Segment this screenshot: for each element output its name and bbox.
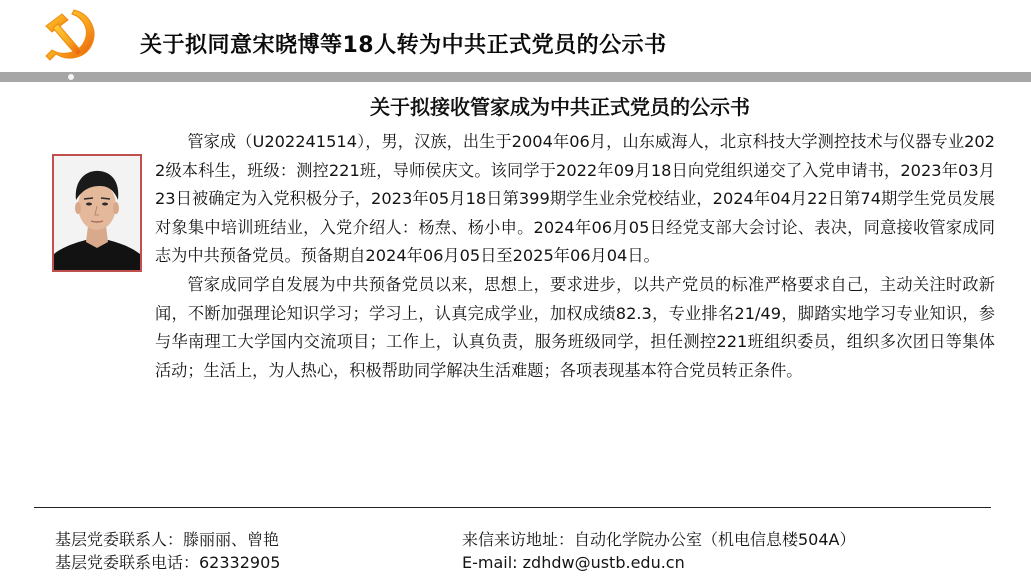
contact-phone: 基层党委联系电话：62332905 — [55, 551, 280, 574]
header-divider-band — [0, 72, 1031, 82]
contact-email[interactable]: E-mail: zdhdw@ustb.edu.cn — [462, 551, 856, 574]
paragraph-basic-info: 管家成（U202241514），男，汉族，出生于2004年06月，山东威海人，北… — [155, 128, 995, 271]
footer-divider — [34, 507, 991, 508]
candidate-photo — [52, 154, 142, 272]
document-body: 管家成（U202241514），男，汉族，出生于2004年06月，山东威海人，北… — [155, 128, 995, 385]
paragraph-performance: 管家成同学自发展为中共预备党员以来，思想上，要求进步，以共产党员的标准严格要求自… — [155, 271, 995, 385]
portrait-image — [54, 156, 140, 270]
footer-address-block: 来信来访地址：自动化学院办公室（机电信息楼504A） E-mail: zdhdw… — [462, 528, 856, 574]
visit-address: 来信来访地址：自动化学院办公室（机电信息楼504A） — [462, 528, 856, 551]
footer-contact-block: 基层党委联系人：滕丽丽、曾艳 基层党委联系电话：62332905 — [55, 528, 280, 574]
band-dot — [68, 74, 74, 80]
party-emblem-icon — [38, 4, 102, 66]
document-title: 关于拟接收管家成为中共正式党员的公示书 — [0, 91, 1031, 120]
header-title: 关于拟同意宋晓博等18人转为中共正式党员的公示书 — [140, 28, 667, 59]
contact-person: 基层党委联系人：滕丽丽、曾艳 — [55, 528, 280, 551]
